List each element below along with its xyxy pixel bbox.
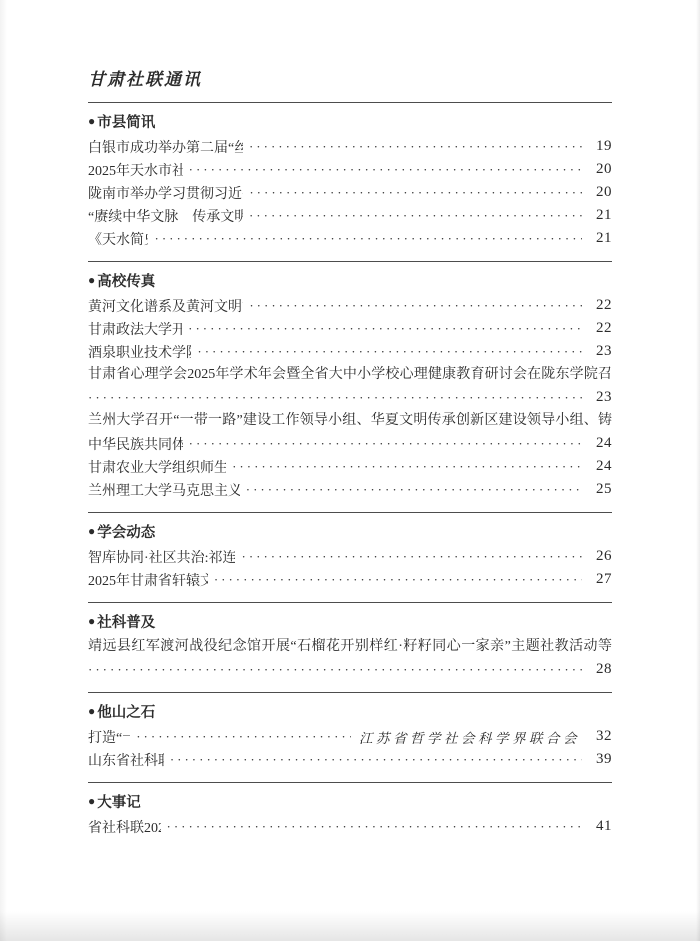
toc-sections: ●市县简讯白银市成功举办第二届“丝绸之路与黄河水道的文化汇通”学术交流系列活动1… [88,102,612,849]
toc-entry-line: 2025年天水市社会科学宣传普及周启动20 [88,158,612,181]
toc-entry-line: 智库协同·社区共治:祁连山国家公园保护与发展研讨会在张掖成功举办26 [88,545,612,568]
toc-entry-page: 41 [590,818,612,835]
section-bullet-icon: ● [88,610,95,632]
toc-entry-title: 陇南市举办学习贯彻习近平总书记视察甘肃重要讲话重要指示精神征文活动 [88,183,243,203]
toc-entry-page: 21 [590,230,612,247]
toc-entry-line: 陇南市举办学习贯彻习近平总书记视察甘肃重要讲话重要指示精神征文活动20 [88,181,612,204]
toc-entry-page: 22 [590,320,612,337]
toc-entry-line: 山东省社科联举行学术发布会39 [88,748,612,771]
toc-entry-line: 白银市成功举办第二届“丝绸之路与黄河水道的文化汇通”学术交流系列活动19 [88,135,612,158]
toc-entry-title: 2025年天水市社会科学宣传普及周启动 [88,160,183,180]
toc-entry-page: 27 [590,571,612,588]
toc-entry-page: 39 [590,751,612,768]
dot-leader [249,185,582,201]
toc-entry-title: 靖远县红军渡河战役纪念馆开展“石榴花开别样红·籽籽同心一家亲”主题社教活动等 [88,635,612,658]
toc-entry-title: 省社科联2025年5-6月大事记 [88,817,161,837]
toc-entry-page: 26 [590,548,612,565]
section-science-popularization: ●社科普及靖远县红军渡河战役纪念馆开展“石榴花开别样红·籽籽同心一家亲”主题社教… [88,602,612,692]
toc-entry-title: 甘肃省心理学会2025年学术年会暨全省大中小学校心理健康教育研讨会在陇东学院召开 [88,363,612,386]
toc-entry-page: 19 [590,138,612,155]
page-right-edge-shadow [696,0,700,941]
toc-entry-line: 酒泉职业技术学院举办社科普及讲解员大赛23 [88,340,612,363]
section-title: ●大事记 [88,790,612,812]
toc-entry-title: 山东省社科联举行学术发布会 [88,750,164,770]
section-title-label: 高校传真 [97,270,155,291]
toc-entry-line: 兰州大学召开“一带一路”建设工作领导小组、华夏文明传承创新区建设领导小组、铸牢 [88,409,612,432]
section-title-label: 社科普及 [97,611,155,632]
page-left-edge-shadow [0,0,7,941]
section-title-label: 学会动态 [97,521,155,542]
dot-leader [154,231,582,247]
section-title: ●市县简讯 [88,110,612,132]
toc-entry-title: 白银市成功举办第二届“丝绸之路与黄河水道的文化汇通”学术交流系列活动 [88,137,243,157]
toc-entry-page: 25 [590,481,612,498]
dot-leader [246,482,582,498]
toc-entry-line: 甘肃省心理学会2025年学术年会暨全省大中小学校心理健康教育研讨会在陇东学院召开 [88,363,612,386]
toc-entry-title: 2025年甘肃省轩辕文化研究会学术研讨会在清水召开 [88,570,208,590]
dot-leader [189,436,582,452]
toc-entry-page: 28 [590,661,612,678]
section-title: ●社科普及 [88,610,612,632]
section-memorabilia: ●大事记省社科联2025年5-6月大事记41 [88,782,612,849]
section-title-label: 他山之石 [97,701,155,722]
toc-entry-page: 32 [590,728,612,745]
dot-leader [167,819,582,835]
dot-leader [88,662,582,678]
toc-entry-page: 20 [590,161,612,178]
toc-entry-line: “赓续中华文脉 传承文明薪火”文化名人历史印记巡展活动在武威火热开展21 [88,204,612,227]
section-bullet-icon: ● [88,110,95,132]
dot-leader [136,729,351,745]
toc-entry-line: 兰州理工大学马克思主义学院开展“循迹元古堆探源天水韵”实践研修活动25 [88,478,612,501]
page-bottom-edge-shadow [0,911,700,941]
toc-entry-title: 甘肃政法大学开展“科普知识竞赛”活动 [88,319,182,339]
toc-entry-title: 兰州大学召开“一带一路”建设工作领导小组、华夏文明传承创新区建设领导小组、铸牢 [88,409,612,432]
section-university-news: ●高校传真黄河文化谱系及黄河文明甘肃标识体系研究开题研讨会在兰州城市学院召开22… [88,261,612,512]
section-bullet-icon: ● [88,700,95,722]
toc-entry-page: 23 [590,389,612,406]
dot-leader [197,344,582,360]
toc-entry-page: 20 [590,184,612,201]
toc-entry-line: 23 [88,386,612,409]
toc-entry-line: 甘肃政法大学开展“科普知识竞赛”活动22 [88,317,612,340]
toc-entry-page: 22 [590,297,612,314]
toc-entry-line: 28 [88,658,612,681]
toc-entry-line: 《天水简史》出版发行21 [88,227,612,250]
toc-entry-title: “赓续中华文脉 传承文明薪火”文化名人历史印记巡展活动在武威火热开展 [88,206,243,226]
dot-leader [170,752,582,768]
toc-entry-line: 甘肃农业大学组织师生共话新思想 让党的创新理论“声”入人心24 [88,455,612,478]
section-bullet-icon: ● [88,269,95,291]
newsletter-masthead: 甘肃社联通讯 [88,69,612,91]
section-title: ●高校传真 [88,269,612,291]
toc-entry-title: 中华民族共同体意识工作领导小组会议 [88,434,183,454]
dot-leader [189,162,582,178]
toc-entry-line: 黄河文化谱系及黄河文明甘肃标识体系研究开题研讨会在兰州城市学院召开22 [88,294,612,317]
toc-entry-line: 2025年甘肃省轩辕文化研究会学术研讨会在清水召开27 [88,568,612,591]
toc-entry-title: 《天水简史》出版发行 [88,229,148,249]
dot-leader [249,298,582,314]
section-title-label: 大事记 [97,791,141,812]
toc-entry-author: 江苏省哲学社会科学界联合会 [359,727,580,747]
dot-leader [214,572,582,588]
toc-entry-line: 中华民族共同体意识工作领导小组会议24 [88,432,612,455]
dot-leader [241,549,582,565]
toc-entry-page: 24 [590,458,612,475]
toc-entry-line: 省社科联2025年5-6月大事记41 [88,815,612,838]
section-city-county-news: ●市县简讯白银市成功举办第二届“丝绸之路与黄河水道的文化汇通”学术交流系列活动1… [88,102,612,261]
section-bullet-icon: ● [88,520,95,542]
dot-leader [232,459,582,475]
toc-entry-line: 打造“一市一品”高质量社科名片江苏省哲学社会科学界联合会32 [88,725,612,748]
section-society-news: ●学会动态智库协同·社区共治:祁连山国家公园保护与发展研讨会在张掖成功举办262… [88,512,612,602]
dot-leader [88,390,582,406]
section-title: ●学会动态 [88,520,612,542]
section-lessons-from-others: ●他山之石打造“一市一品”高质量社科名片江苏省哲学社会科学界联合会32山东省社科… [88,692,612,782]
page-content: 甘肃社联通讯 ●市县简讯白银市成功举办第二届“丝绸之路与黄河水道的文化汇通”学术… [88,0,612,849]
dot-leader [249,208,582,224]
toc-entry-title: 打造“一市一品”高质量社科名片 [88,727,130,747]
toc-entry-title: 兰州理工大学马克思主义学院开展“循迹元古堆探源天水韵”实践研修活动 [88,480,240,500]
toc-entry-title: 智库协同·社区共治:祁连山国家公园保护与发展研讨会在张掖成功举办 [88,547,235,567]
section-title: ●他山之石 [88,700,612,722]
dot-leader [249,139,582,155]
toc-entry-line: 靖远县红军渡河战役纪念馆开展“石榴花开别样红·籽籽同心一家亲”主题社教活动等 [88,635,612,658]
toc-entry-page: 24 [590,435,612,452]
toc-entry-title: 甘肃农业大学组织师生共话新思想 让党的创新理论“声”入人心 [88,457,226,477]
section-bullet-icon: ● [88,790,95,812]
toc-entry-page: 23 [590,343,612,360]
toc-entry-title: 酒泉职业技术学院举办社科普及讲解员大赛 [88,342,191,362]
toc-entry-page: 21 [590,207,612,224]
section-title-label: 市县简讯 [97,111,155,132]
toc-entry-title: 黄河文化谱系及黄河文明甘肃标识体系研究开题研讨会在兰州城市学院召开 [88,296,243,316]
dot-leader [188,321,582,337]
